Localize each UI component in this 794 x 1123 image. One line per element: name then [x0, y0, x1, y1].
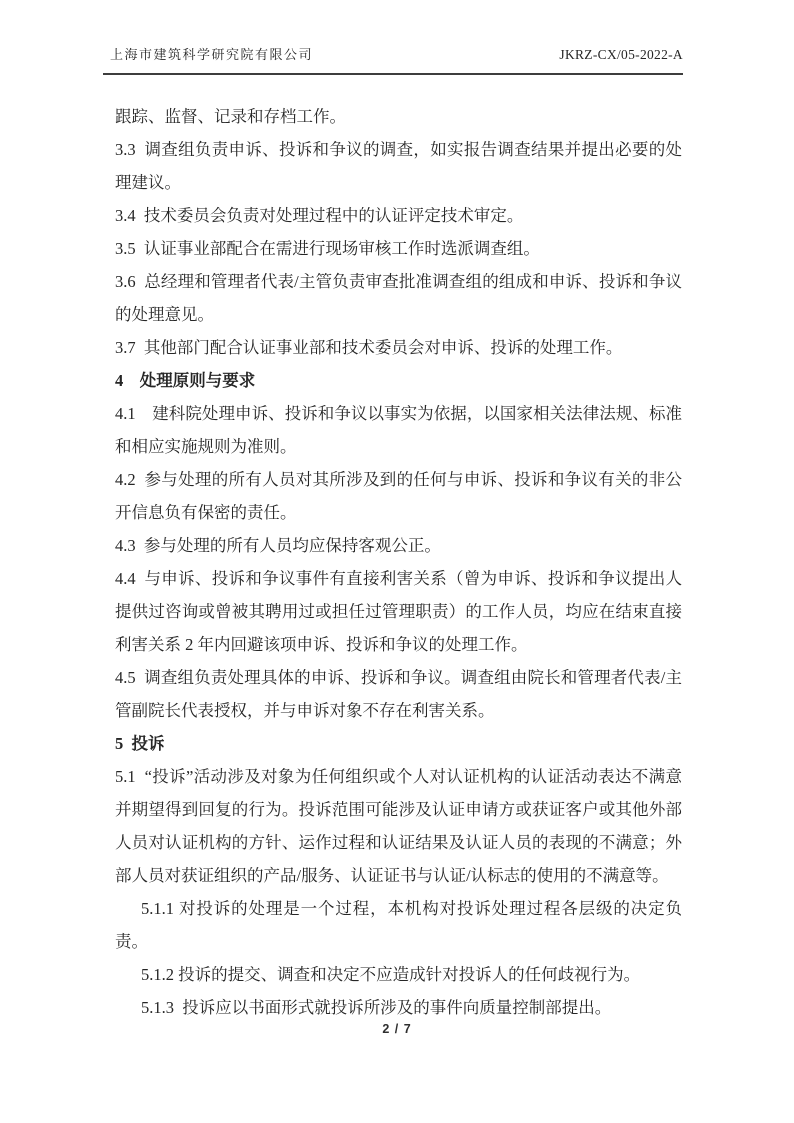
document-body: 跟踪、监督、记录和存档工作。3.3 调查组负责申诉、投诉和争议的调查，如实报告调… [115, 100, 682, 1024]
page-number: 2 / 7 [0, 1022, 794, 1036]
paragraph: 3.6 总经理和管理者代表/主管负责审查批准调查组的组成和申诉、投诉和争议的处理… [115, 265, 682, 331]
section-heading: 4 处理原则与要求 [115, 364, 682, 397]
paragraph: 5.1.3 投诉应以书面形式就投诉所涉及的事件向质量控制部提出。 [115, 991, 682, 1024]
paragraph: 3.4 技术委员会负责对处理过程中的认证评定技术审定。 [115, 199, 682, 232]
paragraph: 3.5 认证事业部配合在需进行现场审核工作时选派调查组。 [115, 232, 682, 265]
paragraph: 3.7 其他部门配合认证事业部和技术委员会对申诉、投诉的处理工作。 [115, 331, 682, 364]
paragraph: 3.3 调查组负责申诉、投诉和争议的调查，如实报告调查结果并提出必要的处理建议。 [115, 133, 682, 199]
header-document-number: JKRZ-CX/05-2022-A [559, 47, 683, 63]
document-page: 上海市建筑科学研究院有限公司 JKRZ-CX/05-2022-A 跟踪、监督、记… [0, 0, 794, 1123]
paragraph: 跟踪、监督、记录和存档工作。 [115, 100, 682, 133]
paragraph: 5.1.2 投诉的提交、调查和决定不应造成针对投诉人的任何歧视行为。 [115, 958, 682, 991]
paragraph: 5.1.1 对投诉的处理是一个过程，本机构对投诉处理过程各层级的决定负责。 [115, 892, 682, 958]
page-header: 上海市建筑科学研究院有限公司 JKRZ-CX/05-2022-A [103, 44, 683, 75]
section-heading: 5 投诉 [115, 727, 682, 760]
paragraph: 4.3 参与处理的所有人员均应保持客观公正。 [115, 529, 682, 562]
paragraph: 5.1 “投诉”活动涉及对象为任何组织或个人对认证机构的认证活动表达不满意并期望… [115, 760, 682, 892]
paragraph: 4.2 参与处理的所有人员对其所涉及到的任何与申诉、投诉和争议有关的非公开信息负… [115, 463, 682, 529]
paragraph: 4.1 建科院处理申诉、投诉和争议以事实为依据，以国家相关法律法规、标准和相应实… [115, 397, 682, 463]
header-company-name: 上海市建筑科学研究院有限公司 [103, 44, 313, 63]
paragraph: 4.4 与申诉、投诉和争议事件有直接利害关系（曾为申诉、投诉和争议提出人提供过咨… [115, 562, 682, 661]
paragraph: 4.5 调查组负责处理具体的申诉、投诉和争议。调查组由院长和管理者代表/主管副院… [115, 661, 682, 727]
